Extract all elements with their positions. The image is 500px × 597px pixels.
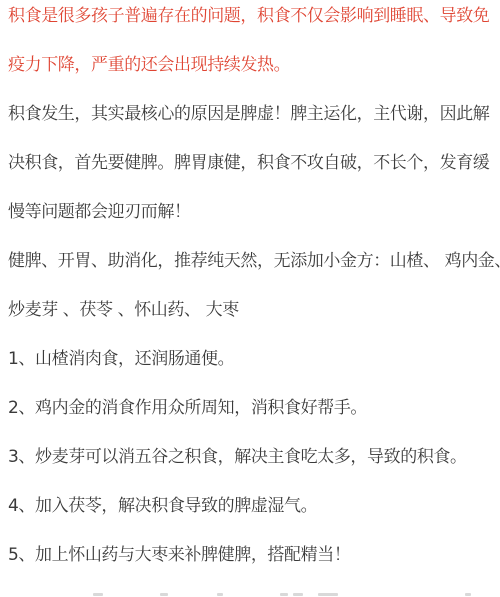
intro-paragraph-line: 疫力下降，严重的还会出现持续发热。 xyxy=(8,41,494,90)
clipped-glyph-top xyxy=(465,593,471,596)
list-item: 1、山楂消肉食，还润肠通便。 xyxy=(8,335,494,384)
recipe-paragraph-line: 炒麦芽 、茯苓 、怀山药、 大枣 xyxy=(8,286,494,335)
intro-paragraph-line: 积食是很多孩子普遍存在的问题，积食不仅会影响到睡眠、导致免 xyxy=(8,0,494,41)
clipped-glyph-top xyxy=(318,593,338,596)
recipe-paragraph-line: 健脾、开胃、助消化，推荐纯天然，无添加小金方：山楂、 鸡内金、 xyxy=(8,237,494,286)
cause-paragraph-line: 慢等问题都会迎刃而解！ xyxy=(8,188,494,237)
cause-paragraph-line: 积食发生，其实最核心的原因是脾虚！脾主运化，主代谢，因此解 xyxy=(8,90,494,139)
clipped-glyph-top xyxy=(217,593,223,596)
clipped-glyph-top xyxy=(280,593,288,596)
list-item: 2、鸡内金的消食作用众所周知，消积食好帮手。 xyxy=(8,384,494,433)
article-body: 积食是很多孩子普遍存在的问题，积食不仅会影响到睡眠、导致免 疫力下降，严重的还会… xyxy=(0,0,500,580)
clipped-glyph-top xyxy=(93,593,103,596)
list-item: 4、加入茯苓，解决积食导致的脾虚湿气。 xyxy=(8,482,494,531)
list-item: 3、炒麦芽可以消五谷之积食，解决主食吃太多，导致的积食。 xyxy=(8,433,494,482)
list-item: 5、加上怀山药与大枣来补脾健脾，搭配精当！ xyxy=(8,531,494,580)
clipped-glyph-top xyxy=(160,593,168,596)
clipped-glyph-top xyxy=(293,593,303,596)
cause-paragraph-line: 决积食，首先要健脾。脾胃康健，积食不攻自破，不长个，发育缓 xyxy=(8,139,494,188)
clipped-next-line-fragment xyxy=(0,592,500,597)
